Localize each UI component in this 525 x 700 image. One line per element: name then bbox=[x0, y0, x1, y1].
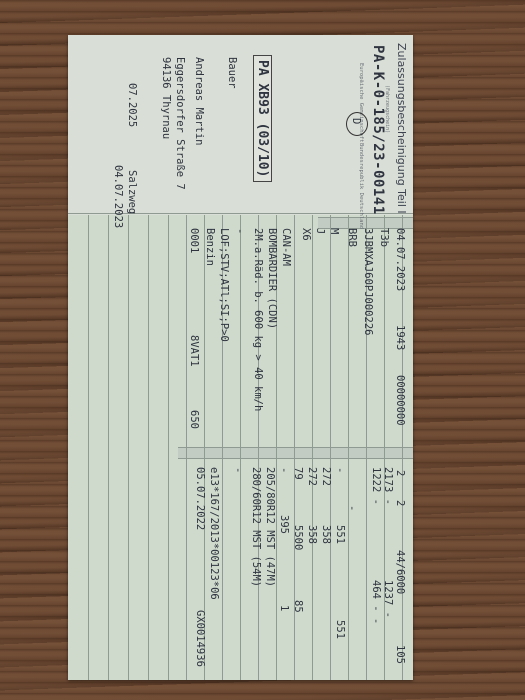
code-0001: 0001 bbox=[188, 228, 200, 253]
tyres-rear: 280/60R12 MST (54M) bbox=[250, 467, 262, 587]
vehicle-class: 2M.a.Räd. b. 600 kg > 40 km/h bbox=[252, 228, 264, 411]
grid-line bbox=[330, 215, 331, 680]
holder-street: Eggersdorfer Straße 7 bbox=[174, 57, 186, 190]
field-j: J bbox=[314, 228, 326, 234]
first-registration: 04.07.2023 bbox=[394, 228, 406, 291]
cell: 5500 bbox=[292, 525, 304, 550]
field-x6: X6 bbox=[300, 228, 312, 241]
table-header-strip bbox=[178, 447, 413, 459]
dash-field: - bbox=[234, 228, 246, 234]
cell: 85 bbox=[292, 600, 304, 613]
cell: 44/6000 bbox=[394, 550, 406, 594]
field-2-2: 00000000 bbox=[394, 375, 406, 426]
manufacturer: BOMBARDIER (CDN) bbox=[266, 228, 278, 329]
tyres-front: 205/80R12 MST (47M) bbox=[264, 467, 276, 587]
code-8vat1: 8VAT1 bbox=[188, 335, 200, 367]
license-plate: PA XB93 (03/10) bbox=[253, 55, 272, 182]
grid-line bbox=[348, 215, 349, 680]
body-codes: LOF;STV;ATl;SI;P>0 bbox=[218, 228, 230, 342]
value-650: 650 bbox=[188, 410, 200, 429]
holder-surname: Bauer bbox=[226, 57, 238, 89]
holder-city: 94136 Thyrnau bbox=[160, 57, 172, 139]
cell: 551 bbox=[334, 525, 346, 544]
cell: 358 bbox=[306, 525, 318, 544]
country-right: Bundesrepublik Deutschland bbox=[358, 143, 364, 229]
serial-number: GX0014936 bbox=[194, 610, 206, 667]
cell: 1222 - bbox=[370, 467, 382, 505]
cell: 2 bbox=[394, 470, 406, 476]
country-code: D bbox=[350, 118, 362, 124]
vehicle-type: T3b bbox=[378, 228, 390, 247]
cell: 272 bbox=[306, 467, 318, 486]
cell: 1 bbox=[278, 605, 290, 611]
cell: 2 bbox=[394, 500, 406, 506]
field-2-1: 1943 bbox=[394, 325, 406, 350]
cell: 2173 - bbox=[382, 467, 394, 505]
approval-date: 05.07.2022 bbox=[194, 467, 206, 530]
grid-line bbox=[108, 215, 109, 680]
grid-line bbox=[186, 215, 187, 680]
type-approval: e13*167/2013*00123*06 bbox=[208, 467, 220, 600]
holder-given-names: Andreas Martin bbox=[193, 57, 205, 146]
cell: 272 bbox=[320, 467, 332, 486]
cell: 105 bbox=[394, 645, 406, 664]
document-number: PA-K-0-185/23-00141 bbox=[370, 45, 386, 215]
cell: - bbox=[346, 505, 358, 511]
cell: 395 bbox=[278, 515, 290, 534]
field-m: M bbox=[328, 228, 340, 234]
cell: 1237 - bbox=[382, 580, 394, 618]
next-inspection: 07.2025 bbox=[126, 83, 138, 127]
cell: 464 - - bbox=[370, 580, 382, 624]
grid-line bbox=[128, 215, 129, 680]
cell: 551 bbox=[334, 620, 346, 639]
registration-document: Zulassungsbescheinigung Teil I (Fahrzeug… bbox=[68, 35, 413, 680]
cell: 79 bbox=[292, 467, 304, 480]
grid-line bbox=[148, 215, 149, 680]
grid-line bbox=[168, 215, 169, 680]
field-brb: BRB bbox=[346, 228, 358, 247]
cell: 358 bbox=[320, 525, 332, 544]
cell: - bbox=[334, 467, 346, 473]
grid-line bbox=[88, 215, 89, 680]
grid-line bbox=[312, 215, 313, 680]
issue-place: Salzweg bbox=[126, 170, 138, 214]
cell: - bbox=[232, 467, 244, 473]
vehicle-make: CAN-AM bbox=[280, 228, 292, 266]
fuel-type: Benzin bbox=[204, 228, 216, 266]
vin: 3JBMXAJ60PJ000226 bbox=[362, 228, 374, 335]
grid-line bbox=[240, 215, 241, 680]
document-title: Zulassungsbescheinigung Teil I bbox=[395, 43, 408, 214]
cell: - bbox=[278, 467, 290, 473]
issue-date: 04.07.2023 bbox=[112, 165, 124, 228]
